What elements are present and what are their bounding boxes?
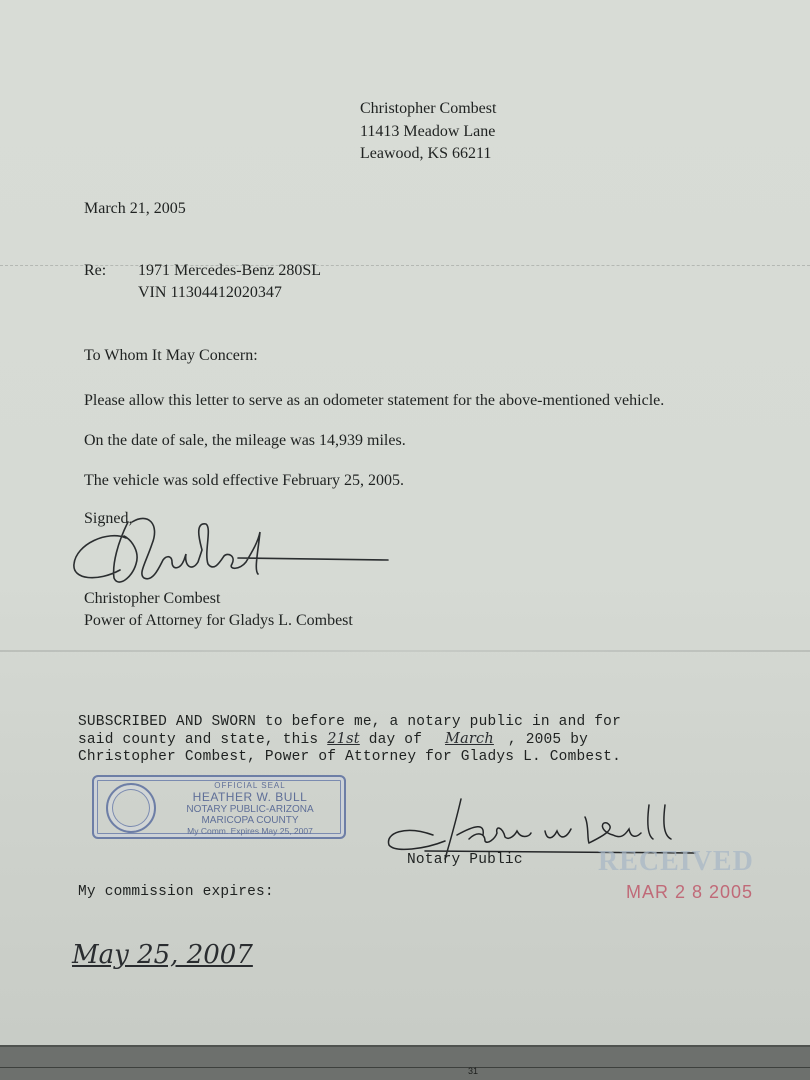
signer-title: Power of Attorney for Gladys L. Combest	[84, 610, 353, 632]
page-edge	[0, 1045, 810, 1080]
notary-signature-label: Notary Public	[407, 852, 523, 869]
signer-block: Christopher Combest Power of Attorney fo…	[84, 588, 353, 632]
notary-line-1: SUBSCRIBED AND SWORN to before me, a not…	[78, 714, 621, 731]
handwritten-signature	[68, 512, 398, 592]
body-paragraph: The vehicle was sold effective February …	[84, 470, 404, 492]
notary-line-2: said county and state, this 21st day of …	[78, 731, 621, 749]
handwritten-expiry-date: May 25, 2007	[72, 940, 253, 970]
received-stamp: RECEIVED	[598, 846, 754, 878]
handwritten-month: March	[431, 731, 508, 747]
signer-name: Christopher Combest	[84, 588, 353, 610]
vehicle-vin: VIN 11304412020347	[138, 282, 321, 304]
body-paragraph: On the date of sale, the mileage was 14,…	[84, 430, 406, 452]
commission-label: My commission expires:	[78, 884, 274, 901]
body-paragraph: Please allow this letter to serve as an …	[84, 390, 664, 412]
re-label: Re:	[84, 260, 106, 282]
fold-line	[0, 650, 810, 652]
page-number: 31	[468, 1066, 478, 1076]
received-date-stamp: MAR 2 8 2005	[626, 882, 753, 903]
sender-city: Leawood, KS 66211	[360, 143, 496, 166]
sender-address: Christopher Combest 11413 Meadow Lane Le…	[360, 98, 496, 166]
letter-page: Christopher Combest 11413 Meadow Lane Le…	[0, 0, 810, 1045]
vehicle-description: 1971 Mercedes-Benz 280SL	[138, 260, 321, 282]
salutation: To Whom It May Concern:	[84, 345, 258, 367]
fold-line	[0, 265, 810, 267]
letter-date: March 21, 2005	[84, 198, 186, 220]
state-seal-icon	[106, 783, 156, 833]
re-subject: 1971 Mercedes-Benz 280SL VIN 11304412020…	[138, 260, 321, 304]
handwritten-day: 21st	[327, 731, 360, 747]
sender-street: 11413 Meadow Lane	[360, 121, 496, 144]
notary-seal-stamp: OFFICIAL SEAL HEATHER W. BULL NOTARY PUB…	[92, 775, 346, 839]
notary-line-3: Christopher Combest, Power of Attorney f…	[78, 749, 621, 766]
sender-name: Christopher Combest	[360, 98, 496, 121]
notary-statement: SUBSCRIBED AND SWORN to before me, a not…	[78, 714, 621, 766]
